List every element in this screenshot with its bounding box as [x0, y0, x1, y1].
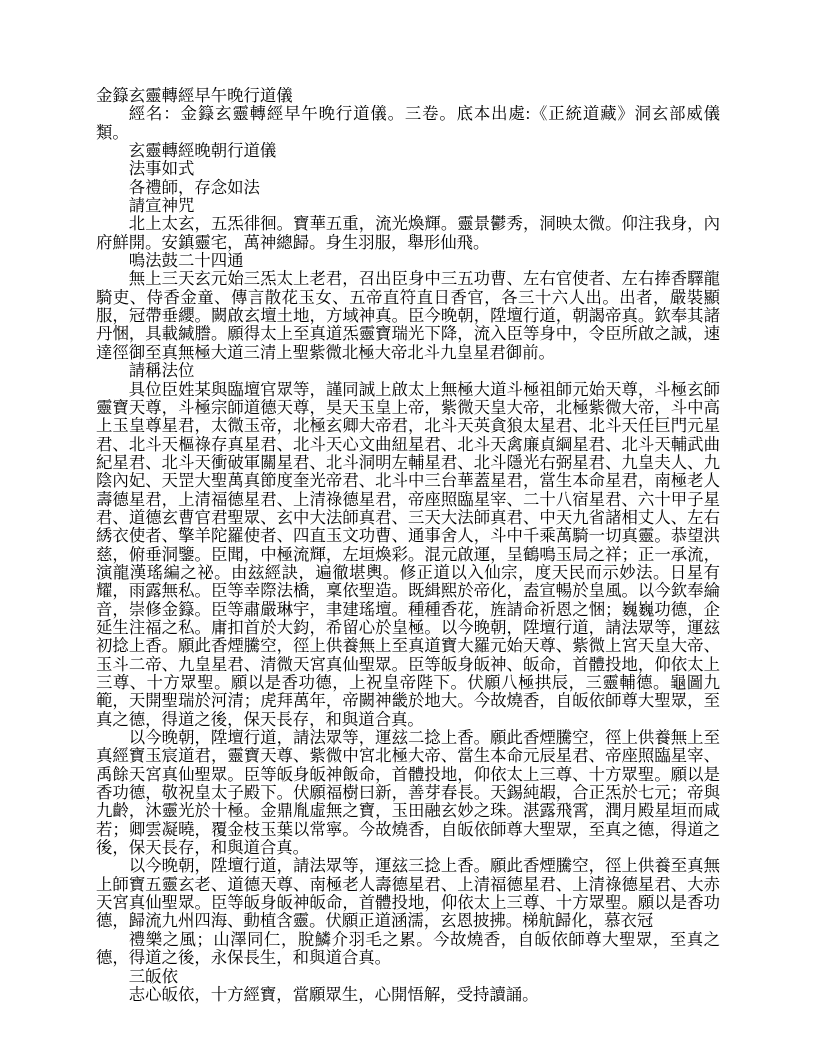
document-page: 金籙玄靈轉經早午晚行道儀 經名：金籙玄靈轉經早午晚行道儀。三卷。底本出處:《正統…: [0, 0, 816, 1056]
paragraph-scripture-source: 經名：金籙玄靈轉經早午晚行道儀。三卷。底本出處:《正統道藏》洞玄部威儀類。: [96, 105, 720, 142]
paragraph-ritual-heading: 法事如式: [96, 160, 720, 178]
paragraph-invocation: 無上三天玄元始三炁太上老君，召出臣身中三五功曹、左右官使者、左右捧香驛龍騎吏、侍…: [96, 270, 720, 362]
paragraph-ritual-heading: 鳴法鼓二十四通: [96, 252, 720, 270]
paragraph-refuge-vow: 志心皈依，十方經寶，當願眾生，心開悟解，受持讀誦。: [96, 986, 720, 1004]
paragraph-incantation: 北上太玄，五炁徘徊。寶華五重，流光煥輝。靈景鬱秀，洞映太微。仰注我身，內府鮮開。…: [96, 215, 720, 252]
paragraph-ritual-heading: 各禮師，存念如法: [96, 179, 720, 197]
paragraph-ritual-heading: 請宣神咒: [96, 197, 720, 215]
paragraph-ritual-heading: 請稱法位: [96, 362, 720, 380]
document-title: 金籙玄靈轉經早午晚行道儀: [96, 87, 720, 105]
paragraph-second-incense: 以今晚朝，陞壇行道，請法眾等，運玆二捻上香。願此香煙騰空，徑上供養無上至真經寶玉…: [96, 729, 720, 857]
paragraph-deity-roster-and-first-incense: 具位臣姓某與臨壇官眾等，謹同誠上啟太上無極大道斗極祖師元始天尊，斗極玄師靈寶天尊…: [96, 381, 720, 730]
paragraph-section-title: 玄靈轉經晚朝行道儀: [96, 142, 720, 160]
paragraph-ritual-heading: 三皈依: [96, 968, 720, 986]
paragraph-closing-prayer: 禮樂之風；山澤同仁，脫鱗介羽毛之累。今故燒香，自皈依師尊大聖眾，至真之德，得道之…: [96, 931, 720, 968]
paragraph-third-incense: 以今晚朝，陞壇行道，請法眾等，運玆三捻上香。願此香煙騰空，徑上供養至真無上師寶五…: [96, 857, 720, 930]
